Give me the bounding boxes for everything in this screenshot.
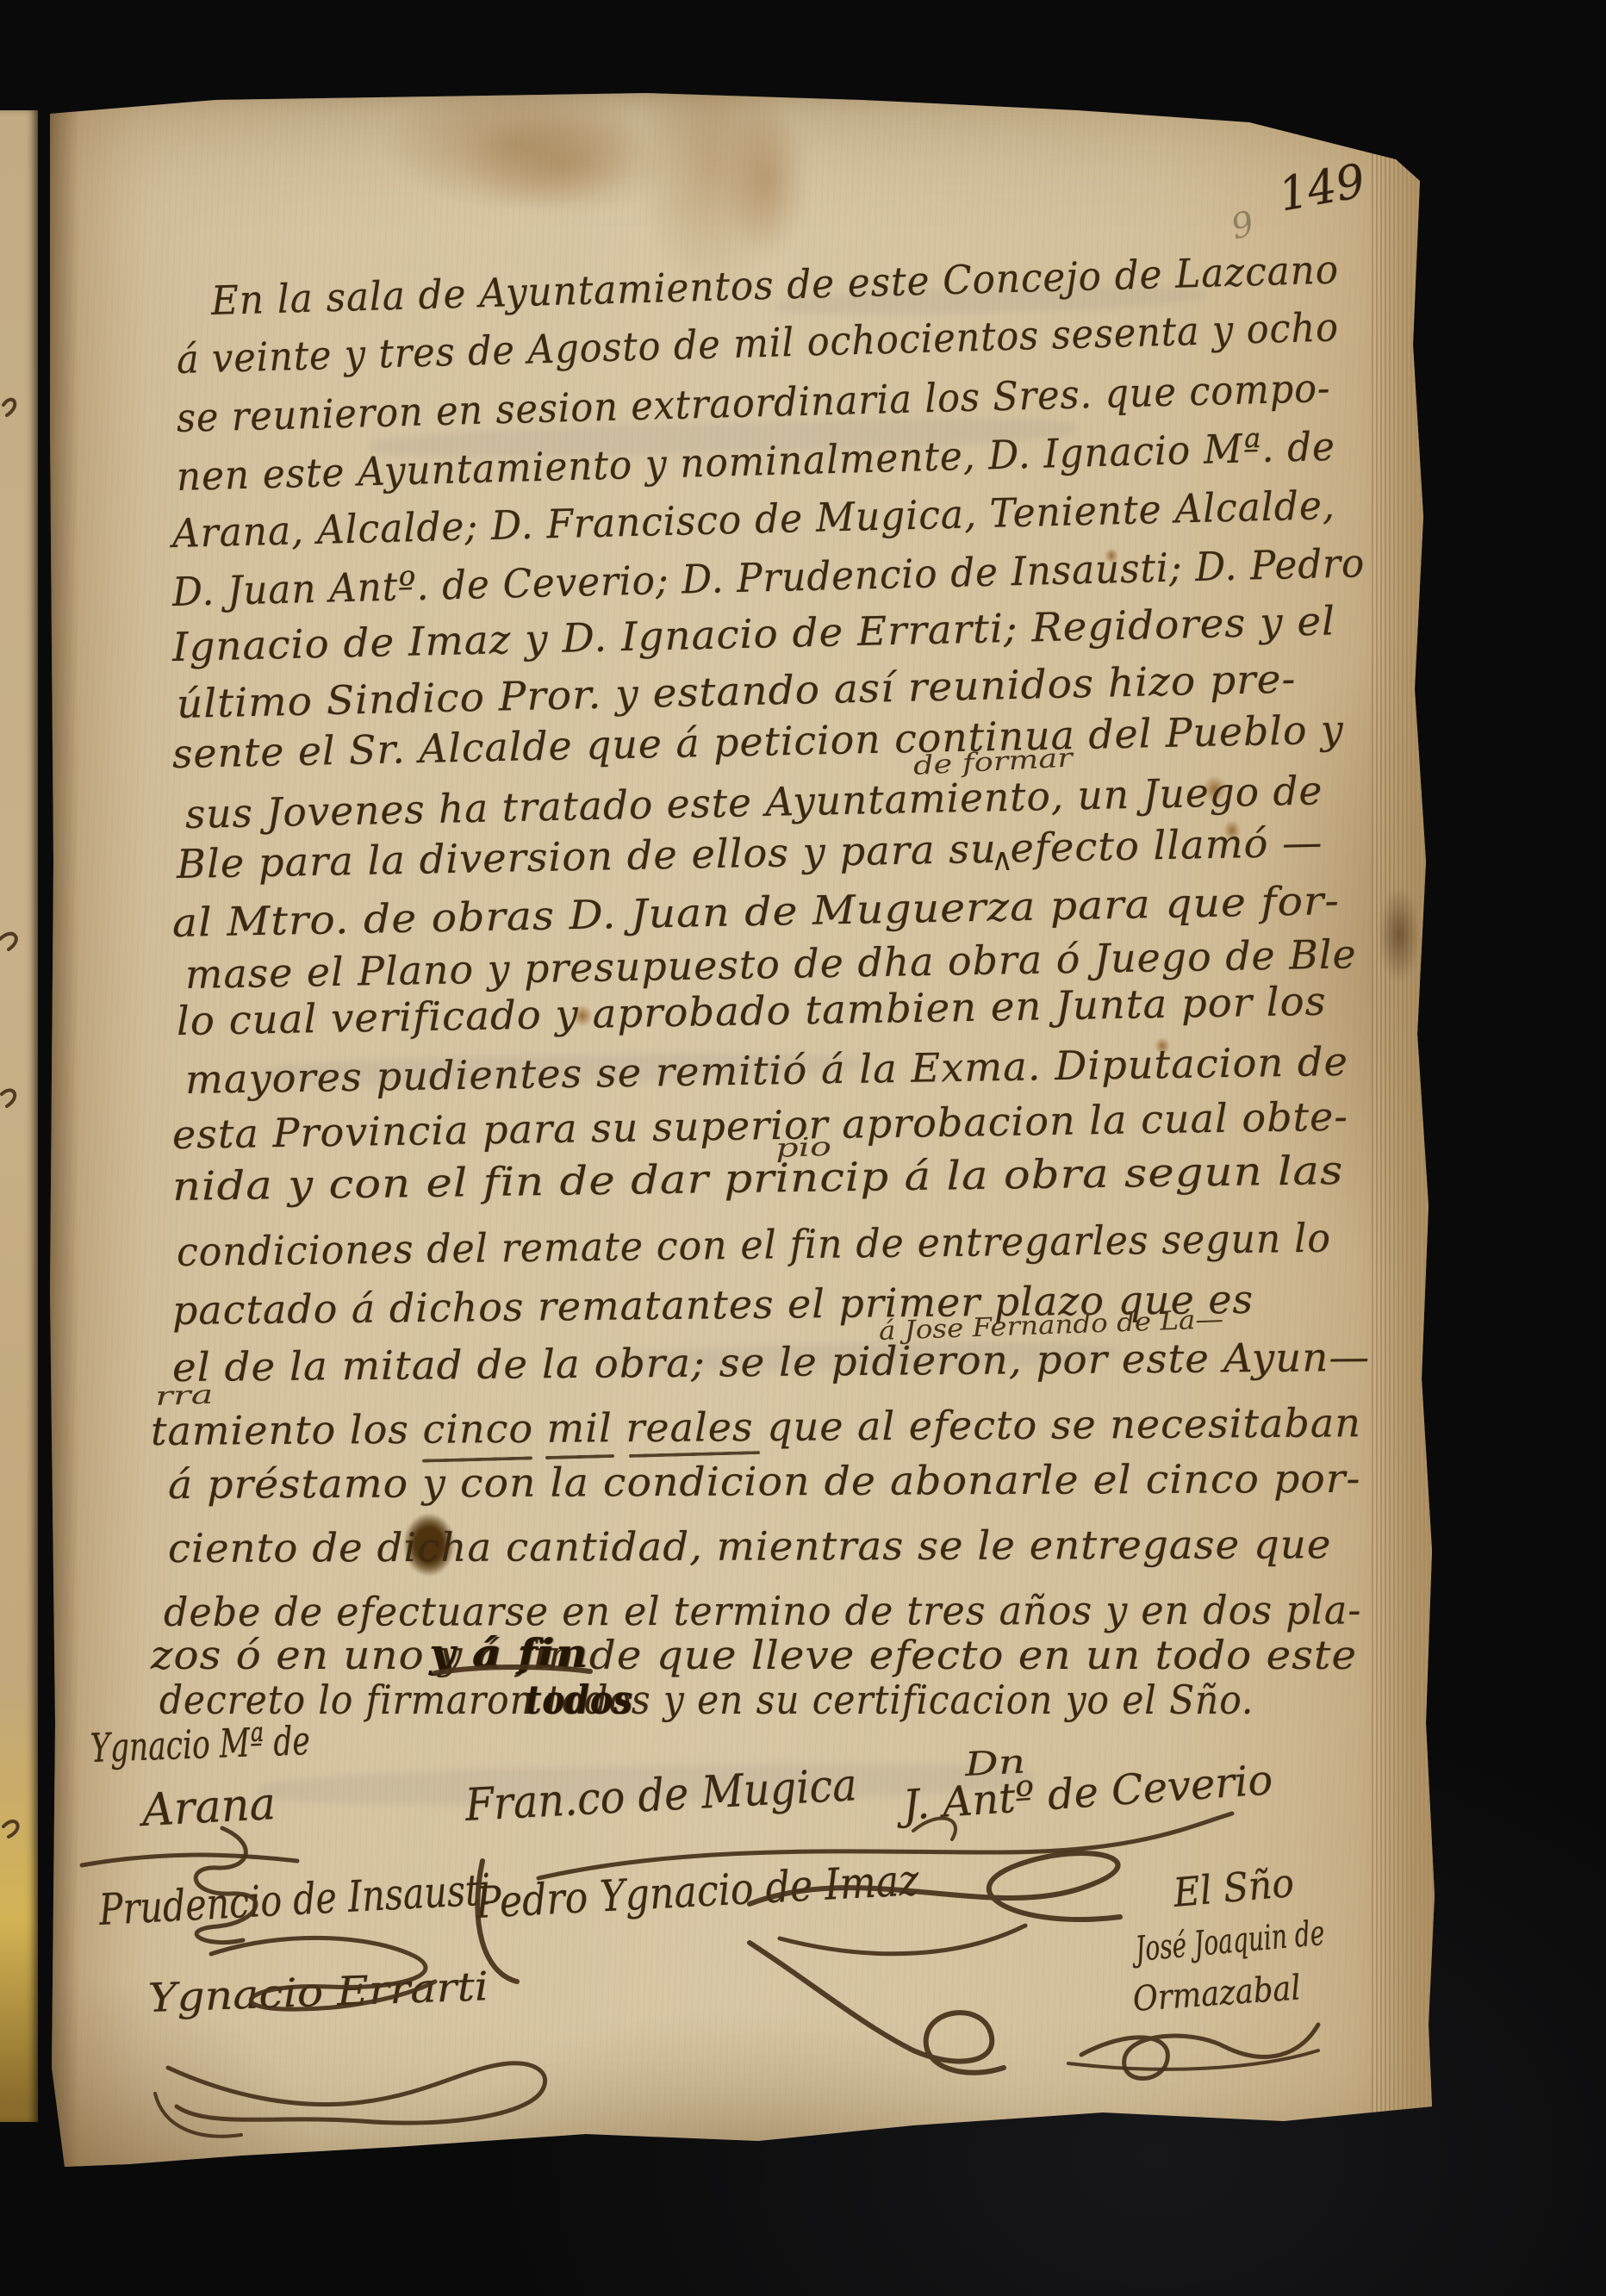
- closing-phrase: Ygnacio Mª de: [90, 1717, 311, 1771]
- manuscript-line: decreto lo firmaron todos y en su certif…: [159, 1677, 1254, 1723]
- signature-arana: Arana: [140, 1778, 277, 1837]
- manuscript-line: á préstamo y con la condicion de abonarl…: [168, 1455, 1361, 1508]
- manuscript-line: tamiento los cinco mil reales que al efe…: [151, 1399, 1361, 1454]
- paper-stain: [465, 112, 663, 215]
- previous-page-edge: [0, 110, 38, 2122]
- scan-background: 149 9 En la sala de Ayuntamientos de est…: [0, 0, 1606, 2296]
- fore-edge-pages: [1372, 129, 1435, 2115]
- caret-mark: ∧: [991, 843, 1013, 878]
- manuscript-line: debe de efectuarse en el termino de tres…: [164, 1587, 1361, 1635]
- binding-gutter-shadow: [34, 82, 79, 2167]
- interlinear-insertion: pio: [775, 1132, 831, 1164]
- ink-overwrite: y á fin: [429, 1630, 588, 1677]
- manuscript-line: zos ó en uno y á fin de que lleve efecto…: [151, 1632, 1357, 1678]
- ink-overwrite: todos: [526, 1677, 633, 1723]
- interlinear-insertion: rra: [154, 1380, 214, 1412]
- manuscript-line: ciento de dicha cantidad, mientras se le…: [168, 1521, 1332, 1571]
- paper-stain: [724, 103, 810, 258]
- edge-ink-smudge: [1379, 887, 1420, 982]
